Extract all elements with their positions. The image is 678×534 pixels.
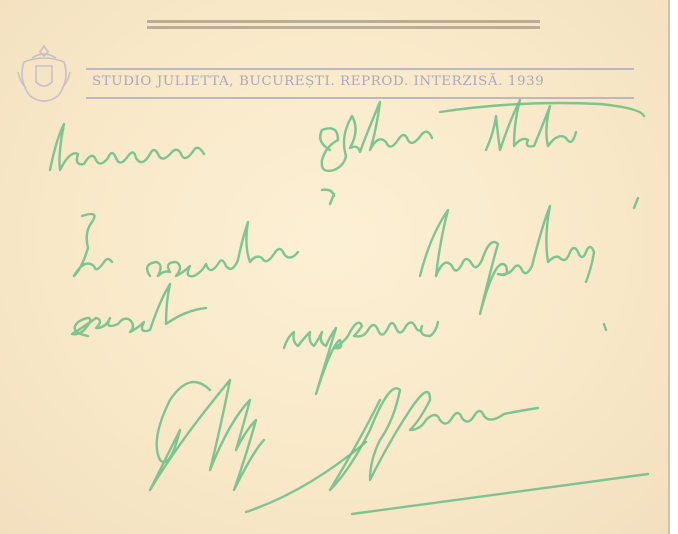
word-doamnei [50,124,204,170]
word-amintirea [147,222,298,276]
tick-mark [634,198,638,208]
word-timpului [420,206,594,314]
accent-mark [604,324,606,330]
handwritten-dedication [0,0,668,534]
signature-tail [246,442,366,512]
word-stefania [320,102,432,171]
signature-underline [352,474,648,514]
signature-surname [330,388,538,490]
flourish-line [440,103,644,116]
word-impreuna [284,322,438,394]
photo-card-back: STUDIO JULIETTA, BUCUREȘTI. REPROD. INTE… [0,0,670,534]
word-vatra [486,100,576,150]
word-servit [72,284,206,336]
dot-marker [322,190,334,204]
signature-initials [150,380,264,490]
word-in [74,214,112,276]
